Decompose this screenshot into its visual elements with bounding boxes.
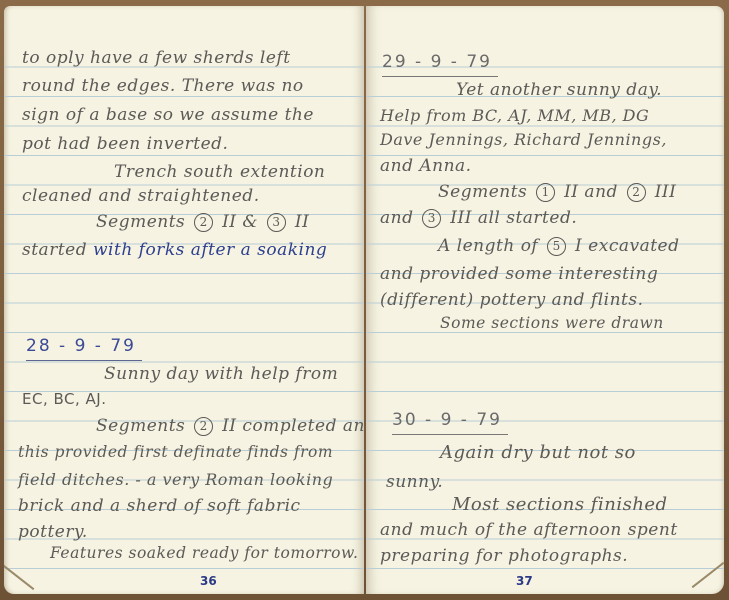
entry-date: 28 - 9 - 79 (26, 336, 142, 361)
segment-circle: 2 (627, 183, 646, 202)
segment-circle: 3 (422, 209, 441, 228)
segment-circle: 3 (267, 213, 286, 232)
mixed-ink-line: started with forks after a soaking (22, 240, 327, 260)
text-line: EC, BC, AJ. (22, 390, 106, 408)
text-line: Most sections finished (452, 494, 668, 515)
text-line: field ditches. - a very Roman looking (18, 470, 333, 489)
page-number: 36 (200, 574, 217, 588)
segments-line: Segments 1 II and 2 III (438, 182, 676, 202)
segment-circle: 5 (547, 237, 566, 256)
text-line: and Anna. (380, 156, 472, 176)
text-line: Features soaked ready for tomorrow. (50, 544, 358, 562)
text-fragment: II completed and (222, 416, 364, 436)
text-fragment: A length of (438, 236, 538, 256)
page-number: 37 (516, 574, 533, 588)
text-fragment: III all started. (450, 208, 577, 228)
text-fragment-pencil: started (22, 240, 87, 260)
text-line: to oply have a few sherds left (22, 48, 291, 68)
text-line: this provided first definate finds from (18, 443, 333, 461)
text-line: (different) pottery and flints. (380, 290, 644, 310)
text-line: Sunny day with help from (104, 364, 338, 384)
text-line: and provided some interesting (380, 264, 658, 284)
segments-line: Segments 2 II completed and (96, 416, 364, 436)
text-line: pot had been inverted. (22, 134, 228, 154)
text-fragment: II (295, 212, 309, 232)
left-page: to oply have a few sherds left round the… (4, 6, 364, 594)
text-line: cleaned and straightened. (22, 186, 260, 206)
text-fragment: II and (564, 182, 618, 202)
segment-circle: 2 (194, 213, 213, 232)
segments-line: A length of 5 I excavated (438, 236, 679, 256)
text-line: Yet another sunny day. (456, 80, 662, 100)
text-fragment: and (380, 208, 413, 228)
entry-date: 29 - 9 - 79 (382, 52, 498, 77)
text-line: sign of a base so we assume the (22, 105, 314, 125)
text-fragment: I excavated (575, 236, 679, 256)
text-line: sunny. (386, 472, 443, 492)
text-fragment: Segments (96, 416, 185, 436)
right-page: 29 - 9 - 79 Yet another sunny day. Help … (366, 6, 724, 594)
text-line: and much of the afternoon spent (380, 520, 678, 540)
segments-line: and 3 III all started. (380, 208, 577, 228)
text-fragment: Segments (438, 182, 527, 202)
segment-circle: 1 (536, 183, 555, 202)
segment-circle: 2 (194, 417, 213, 436)
text-line: Trench south extention (114, 162, 325, 182)
text-line: Again dry but not so (440, 442, 636, 463)
text-line: Help from BC, AJ, MM, MB, DG (380, 106, 649, 125)
text-line: brick and a sherd of soft fabric (18, 496, 301, 516)
text-line: Some sections were drawn (440, 314, 664, 332)
text-fragment-blue-ink: with forks after a soaking (93, 240, 327, 260)
segments-line: Segments 2 II & 3 II (96, 212, 309, 232)
entry-date: 30 - 9 - 79 (392, 410, 508, 435)
text-fragment: Segments (96, 212, 185, 232)
text-line: round the edges. There was no (22, 76, 304, 96)
text-line: preparing for photographs. (380, 546, 628, 566)
text-line: Dave Jennings, Richard Jennings, (380, 130, 667, 149)
text-fragment: III (655, 182, 677, 202)
text-line: pottery. (18, 522, 88, 542)
text-fragment: II & (222, 212, 258, 232)
